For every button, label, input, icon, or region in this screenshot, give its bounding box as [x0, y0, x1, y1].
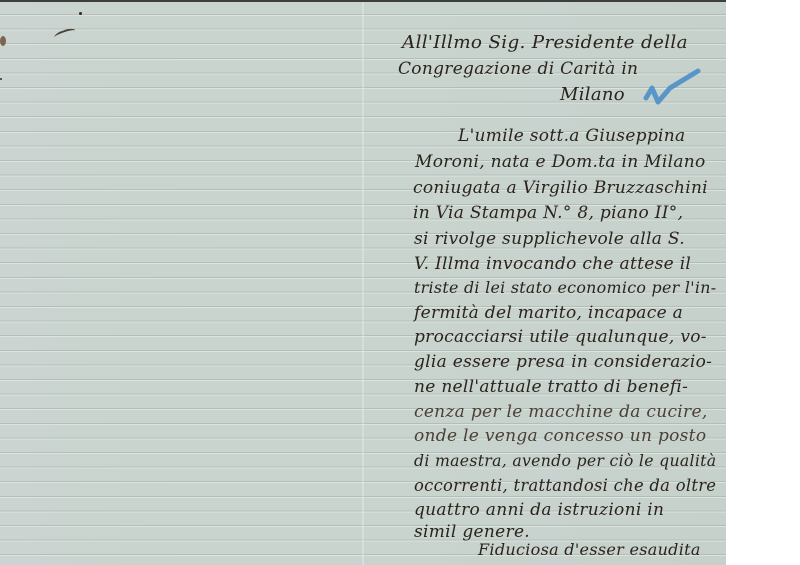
blue-pencil-n-mark — [642, 68, 702, 108]
body-line: fermità del marito, incapace a — [414, 303, 683, 323]
body-line: Moroni, nata e Dom.ta in Milano — [415, 152, 706, 172]
body-line: coniugata a Virgilio Bruzzaschini — [413, 178, 708, 198]
address-line-2: Congregazione di Carità in — [398, 59, 638, 79]
body-line: V. Illma invocando che attese il — [414, 254, 691, 274]
body-line: in Via Stampa N.° 8, piano II°, — [413, 203, 683, 223]
address-line-1: All'Illmo Sig. Presidente della — [402, 32, 688, 53]
ink-speck — [79, 12, 82, 15]
paper-stain — [0, 36, 6, 46]
closing-line: Fiduciosa d'esser esaudita — [478, 540, 701, 559]
body-line: occorrenti, trattandosi che da oltre — [414, 476, 716, 496]
body-line: L'umile sott.a Giuseppina — [458, 126, 685, 146]
body-line: simil genere. — [414, 522, 530, 542]
body-line: si rivolge supplichevole alla S. — [414, 229, 685, 249]
ink-doodle — [53, 27, 76, 41]
scanned-letter: All'Illmo Sig. Presidente della Congrega… — [0, 0, 800, 565]
paper-fold — [362, 2, 364, 565]
body-line: ne nell'attuale tratto di benefi- — [414, 377, 688, 397]
address-line-3: Milano — [560, 84, 625, 105]
body-line: glia essere presa in considerazio- — [414, 352, 712, 372]
body-line: procacciarsi utile qualunque, vo- — [414, 327, 707, 347]
body-line: onde le venga concesso un posto — [414, 426, 706, 446]
body-line: di maestra, avendo per ciò le qualità — [414, 451, 716, 470]
ink-speck — [0, 78, 2, 80]
body-line: cenza per le macchine da cucire, — [414, 402, 708, 422]
body-line: quattro anni da istruzioni in — [414, 500, 664, 520]
body-line: triste di lei stato economico per l'in- — [414, 278, 716, 297]
ruled-paper-sheet: All'Illmo Sig. Presidente della Congrega… — [0, 2, 726, 565]
